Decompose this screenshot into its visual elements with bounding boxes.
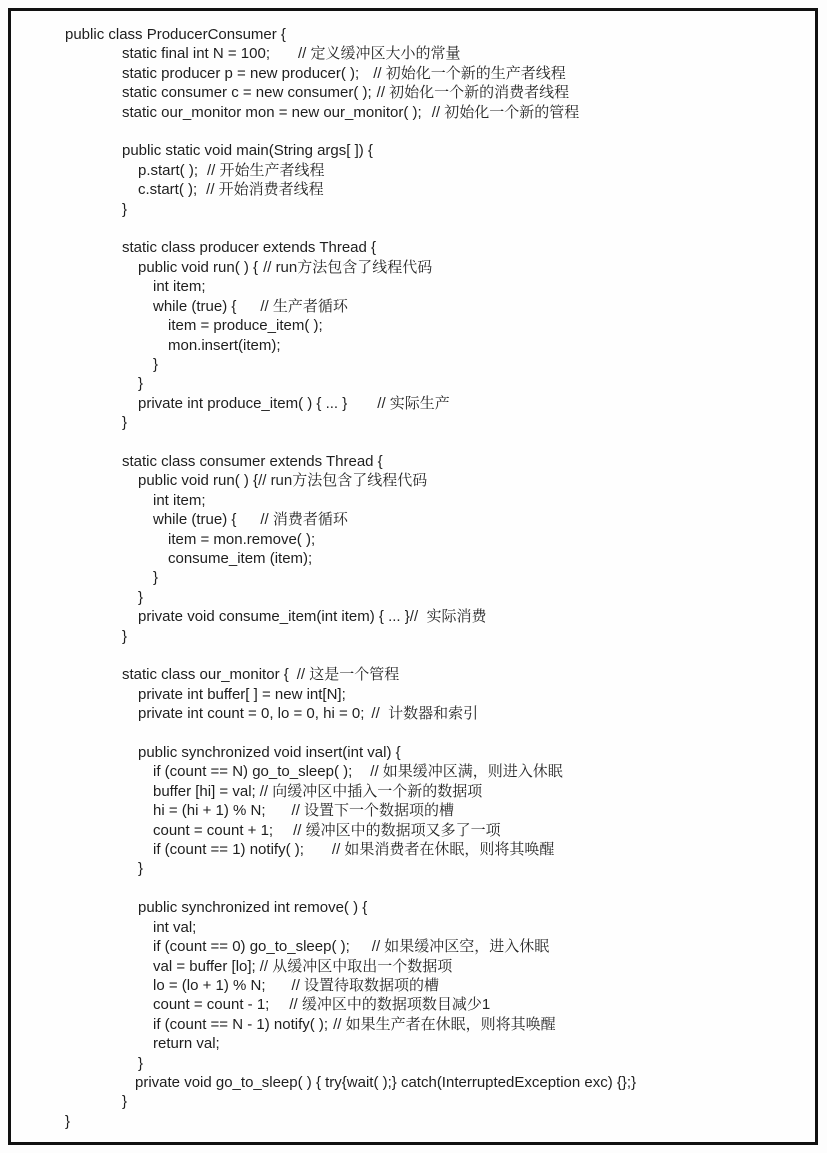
code-line: p.start( );// 开始生产者线程 [65, 161, 807, 180]
inline-comment: // 开始生产者线程 [207, 162, 325, 179]
code-text: buffer [hi] = val; [65, 782, 256, 801]
code-text: while (true) { [65, 510, 236, 529]
inline-comment: // 如果生产者在休眠，则将其唤醒 [333, 1016, 556, 1033]
code-line: item = produce_item( ); [65, 316, 807, 335]
code-text: } [65, 588, 143, 607]
code-line: if (count == 1) notify( );// 如果消费者在休眠，则将… [65, 840, 807, 859]
code-line: if (count == N) go_to_sleep( );// 如果缓冲区满… [65, 762, 807, 781]
inline-comment: // 实际生产 [377, 395, 450, 412]
inline-comment: // 定义缓冲区大小的常量 [298, 45, 461, 62]
code-line: public void run( ) {// run方法包含了线程代码 [65, 258, 807, 277]
code-line: val = buffer [lo];// 从缓冲区中取出一个数据项 [65, 957, 807, 976]
inline-comment: // 这是一个管程 [297, 666, 400, 683]
code-line: static final int N = 100;// 定义缓冲区大小的常量 [65, 44, 807, 63]
code-line: private int count = 0, lo = 0, hi = 0;//… [65, 704, 807, 723]
code-text: } [65, 1092, 127, 1111]
code-line: } [65, 1112, 807, 1131]
inline-comment: // 设置待取数据项的槽 [292, 977, 440, 994]
code-line: consume_item (item); [65, 549, 807, 568]
code-line: c.start( );// 开始消费者线程 [65, 180, 807, 199]
code-text: static class producer extends Thread { [65, 238, 376, 257]
code-text: private int count = 0, lo = 0, hi = 0; [65, 704, 364, 723]
code-text: mon.insert(item); [65, 336, 281, 355]
code-line: int item; [65, 491, 807, 510]
inline-comment: // 如果缓冲区满，则进入休眠 [370, 763, 563, 780]
inline-comment: // 生产者循环 [260, 298, 348, 315]
code-line: int item; [65, 277, 807, 296]
code-line: mon.insert(item); [65, 336, 807, 355]
code-line: } [65, 355, 807, 374]
inline-comment: // 初始化一个新的生产者线程 [373, 65, 566, 82]
inline-comment: // 实际消费 [410, 608, 487, 625]
code-line: while (true) {// 消费者循环 [65, 510, 807, 529]
code-text: static consumer c = new consumer( ); [65, 83, 372, 102]
code-text: static producer p = new producer( ); [65, 64, 359, 83]
code-text: } [65, 413, 127, 432]
code-line: private void consume_item(int item) { ..… [65, 607, 807, 626]
code-line: } [65, 588, 807, 607]
blank-line [65, 122, 807, 141]
code-line: count = count - 1;// 缓冲区中的数据项数目减少1 [65, 995, 807, 1014]
code-line: int val; [65, 918, 807, 937]
code-line: public static void main(String args[ ]) … [65, 141, 807, 160]
code-text: c.start( ); [65, 180, 197, 199]
code-text: item = produce_item( ); [65, 316, 323, 335]
code-text: lo = (lo + 1) % N; [65, 976, 266, 995]
code-text: } [65, 200, 127, 219]
code-text: val = buffer [lo]; [65, 957, 256, 976]
code-line: } [65, 1092, 807, 1111]
blank-line [65, 219, 807, 238]
code-text: private void go_to_sleep( ) { try{wait( … [65, 1073, 636, 1092]
code-line: } [65, 413, 807, 432]
code-text: } [65, 1112, 70, 1131]
code-text: while (true) { [65, 297, 236, 316]
code-text: int item; [65, 491, 206, 510]
code-line: item = mon.remove( ); [65, 530, 807, 549]
inline-comment: // 开始消费者线程 [206, 181, 324, 198]
code-text: private int buffer[ ] = new int[N]; [65, 685, 346, 704]
code-text: } [65, 1054, 143, 1073]
code-listing: public class ProducerConsumer {static fi… [11, 11, 815, 1142]
inline-comment: // 从缓冲区中取出一个数据项 [260, 958, 453, 975]
code-text: public static void main(String args[ ]) … [65, 141, 373, 160]
code-line: if (count == N - 1) notify( );// 如果生产者在休… [65, 1015, 807, 1034]
code-line: } [65, 1054, 807, 1073]
inline-comment: // 计数器和索引 [371, 705, 478, 722]
code-line: static producer p = new producer( );// 初… [65, 64, 807, 83]
code-text: hi = (hi + 1) % N; [65, 801, 266, 820]
code-text: if (count == N - 1) notify( ); [65, 1015, 328, 1034]
code-text: item = mon.remove( ); [65, 530, 315, 549]
code-line: public void run( ) {// run方法包含了线程代码 [65, 471, 807, 490]
code-text: public class ProducerConsumer { [65, 25, 286, 44]
code-text: int item; [65, 277, 206, 296]
inline-comment: // 如果消费者在休眠，则将其唤醒 [332, 841, 555, 858]
code-text: } [65, 859, 143, 878]
code-text: count = count - 1; [65, 995, 269, 1014]
code-text: public void run( ) { [65, 258, 258, 277]
code-line: } [65, 374, 807, 393]
code-line: public synchronized int remove( ) { [65, 898, 807, 917]
code-line: static our_monitor mon = new our_monitor… [65, 103, 807, 122]
code-text: int val; [65, 918, 196, 937]
inline-comment: // 初始化一个新的管程 [432, 104, 580, 121]
code-line: return val; [65, 1034, 807, 1053]
code-text: if (count == 0) go_to_sleep( ); [65, 937, 350, 956]
code-line: buffer [hi] = val;// 向缓冲区中插入一个新的数据项 [65, 782, 807, 801]
code-line: } [65, 627, 807, 646]
code-text: } [65, 374, 143, 393]
code-text: public synchronized int remove( ) { [65, 898, 367, 917]
code-text: count = count + 1; [65, 821, 273, 840]
code-line: lo = (lo + 1) % N;// 设置待取数据项的槽 [65, 976, 807, 995]
code-text: consume_item (item); [65, 549, 312, 568]
code-line: if (count == 0) go_to_sleep( );// 如果缓冲区空… [65, 937, 807, 956]
code-line: } [65, 568, 807, 587]
code-line: hi = (hi + 1) % N;// 设置下一个数据项的槽 [65, 801, 807, 820]
code-text: public synchronized void insert(int val)… [65, 743, 401, 762]
code-text: private void consume_item(int item) { ..… [65, 607, 410, 626]
code-line: } [65, 859, 807, 878]
inline-comment: // 初始化一个新的消费者线程 [377, 84, 570, 101]
code-line: public class ProducerConsumer { [65, 25, 807, 44]
code-line: private void go_to_sleep( ) { try{wait( … [65, 1073, 807, 1092]
inline-comment: // run方法包含了线程代码 [263, 259, 432, 276]
code-line: public synchronized void insert(int val)… [65, 743, 807, 762]
code-text: } [65, 627, 127, 646]
inline-comment: // 设置下一个数据项的槽 [292, 802, 455, 819]
code-line: } [65, 200, 807, 219]
code-line: count = count + 1;// 缓冲区中的数据项又多了一项 [65, 821, 807, 840]
code-line: static class consumer extends Thread { [65, 452, 807, 471]
inline-comment: // 向缓冲区中插入一个新的数据项 [260, 783, 483, 800]
inline-comment: // 如果缓冲区空，进入休眠 [372, 938, 550, 955]
code-text: static our_monitor mon = new our_monitor… [65, 103, 422, 122]
inline-comment: // run方法包含了线程代码 [258, 472, 427, 489]
code-line: while (true) {// 生产者循环 [65, 297, 807, 316]
inline-comment: // 缓冲区中的数据项又多了一项 [293, 822, 501, 839]
code-text: } [65, 568, 158, 587]
code-text: } [65, 355, 158, 374]
code-text: p.start( ); [65, 161, 198, 180]
code-text: static class consumer extends Thread { [65, 452, 383, 471]
figure-border: public class ProducerConsumer {static fi… [8, 8, 818, 1145]
blank-line [65, 433, 807, 452]
inline-comment: // 缓冲区中的数据项数目减少1 [289, 996, 490, 1013]
code-line: static class our_monitor {// 这是一个管程 [65, 665, 807, 684]
code-text: static final int N = 100; [65, 44, 270, 63]
code-line: private int buffer[ ] = new int[N]; [65, 685, 807, 704]
code-text: if (count == 1) notify( ); [65, 840, 304, 859]
blank-line [65, 646, 807, 665]
code-text: if (count == N) go_to_sleep( ); [65, 762, 352, 781]
code-text: public void run( ) { [65, 471, 258, 490]
blank-line [65, 724, 807, 743]
blank-line [65, 879, 807, 898]
code-line: static consumer c = new consumer( );// 初… [65, 83, 807, 102]
code-text: private int produce_item( ) { ... } [65, 394, 347, 413]
code-text: static class our_monitor { [65, 665, 289, 684]
code-text: return val; [65, 1034, 220, 1053]
code-line: private int produce_item( ) { ... }// 实际… [65, 394, 807, 413]
code-line: static class producer extends Thread { [65, 238, 807, 257]
inline-comment: // 消费者循环 [260, 511, 348, 528]
scanned-page: public class ProducerConsumer {static fi… [0, 0, 827, 1153]
